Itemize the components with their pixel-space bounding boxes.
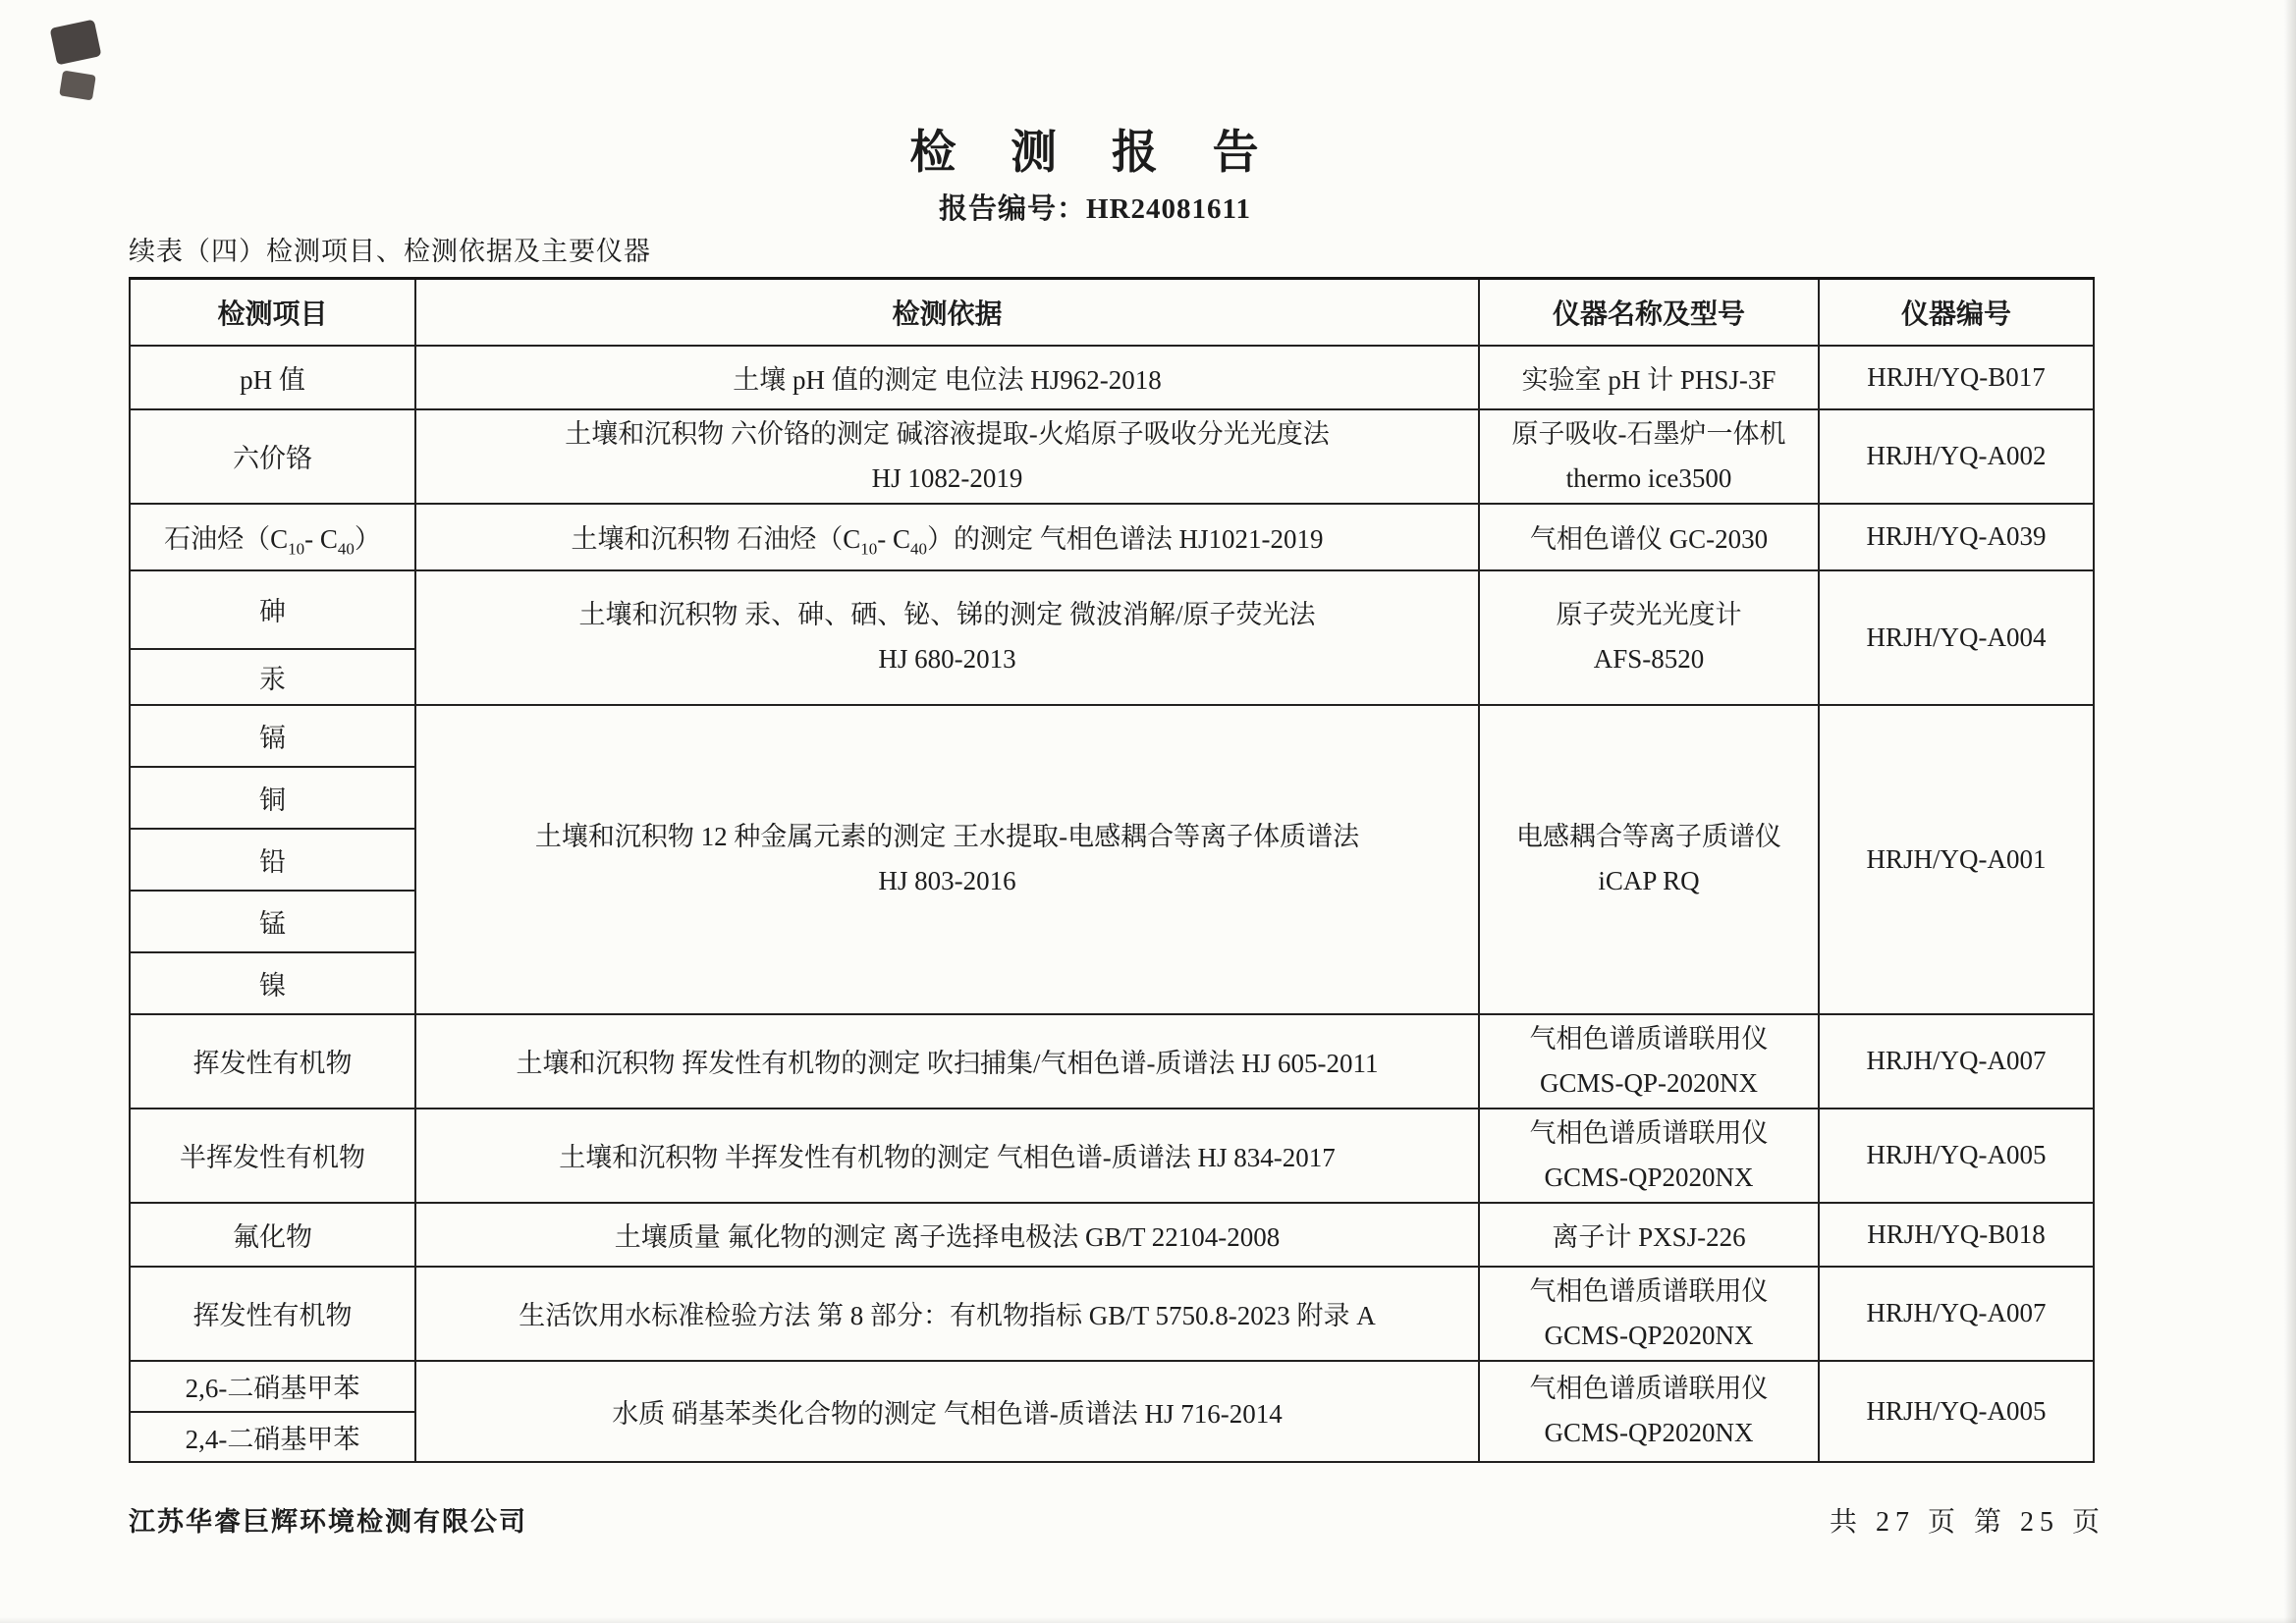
cell-item: 挥发性有机物: [130, 1014, 415, 1109]
report-number-value: HR24081611: [1086, 193, 1251, 225]
cell-instrument: 气相色谱质谱联用仪 GCMS-QP2020NX: [1479, 1109, 1819, 1203]
table-row: 挥发性有机物 土壤和沉积物 挥发性有机物的测定 吹扫捕集/气相色谱-质谱法 HJ…: [130, 1014, 2094, 1109]
cell-instrument: 原子吸收-石墨炉一体机 thermo ice3500: [1479, 409, 1819, 504]
instrument-line-2: GCMS-QP2020NX: [1490, 1156, 1808, 1200]
cell-item: 镍: [130, 952, 415, 1014]
table-row: 2,6-二硝基甲苯 水质 硝基苯类化合物的测定 气相色谱-质谱法 HJ 716-…: [130, 1361, 2094, 1412]
cell-instrument: 离子计 PXSJ-226: [1479, 1203, 1819, 1267]
cell-instrument: 原子荧光光度计 AFS-8520: [1479, 570, 1819, 705]
column-header-code: 仪器编号: [1819, 279, 2094, 346]
cell-item: 挥发性有机物: [130, 1267, 415, 1361]
cell-code: HRJH/YQ-B018: [1819, 1203, 2094, 1267]
cell-basis: 土壤和沉积物 六价铬的测定 碱溶液提取-火焰原子吸收分光光度法 HJ 1082-…: [415, 409, 1479, 504]
table-caption: 续表（四）检测项目、检测依据及主要仪器: [129, 230, 651, 268]
scan-edge-shadow: [0, 1617, 2296, 1623]
table-row: pH 值 土壤 pH 值的测定 电位法 HJ962-2018 实验室 pH 计 …: [130, 346, 2094, 409]
basis-line-1: 土壤和沉积物 六价铬的测定 碱溶液提取-火焰原子吸收分光光度法: [426, 412, 1468, 457]
scan-edge-shadow: [2284, 0, 2296, 1623]
instrument-line-1: 气相色谱质谱联用仪: [1490, 1111, 1808, 1156]
cell-basis: 土壤和沉积物 挥发性有机物的测定 吹扫捕集/气相色谱-质谱法 HJ 605-20…: [415, 1014, 1479, 1109]
basis-line-2: HJ 680-2013: [426, 637, 1468, 681]
table-row: 六价铬 土壤和沉积物 六价铬的测定 碱溶液提取-火焰原子吸收分光光度法 HJ 1…: [130, 409, 2094, 504]
basis-line-2: HJ 1082-2019: [426, 457, 1468, 501]
basis-line-2: HJ 803-2016: [426, 859, 1468, 903]
instrument-line-1: 气相色谱质谱联用仪: [1490, 1367, 1808, 1411]
cell-code: HRJH/YQ-A039: [1819, 504, 2094, 570]
cell-code: HRJH/YQ-A005: [1819, 1109, 2094, 1203]
column-header-basis: 检测依据: [415, 279, 1479, 346]
cell-item: 铅: [130, 829, 415, 891]
instrument-line-2: iCAP RQ: [1490, 859, 1808, 903]
column-header-instrument: 仪器名称及型号: [1479, 279, 1819, 346]
column-header-item: 检测项目: [130, 279, 415, 346]
cell-item: 石油烃（C10- C40）: [130, 504, 415, 570]
cell-code: HRJH/YQ-A001: [1819, 705, 2094, 1014]
cell-instrument: 实验室 pH 计 PHSJ-3F: [1479, 346, 1819, 409]
cell-code: HRJH/YQ-A007: [1819, 1267, 2094, 1361]
cell-item: 汞: [130, 649, 415, 705]
table-row: 半挥发性有机物 土壤和沉积物 半挥发性有机物的测定 气相色谱-质谱法 HJ 83…: [130, 1109, 2094, 1203]
table-row: 砷 土壤和沉积物 汞、砷、硒、铋、锑的测定 微波消解/原子荧光法 HJ 680-…: [130, 570, 2094, 649]
instrument-line-1: 电感耦合等离子质谱仪: [1490, 815, 1808, 859]
cell-basis: 土壤和沉积物 12 种金属元素的测定 王水提取-电感耦合等离子体质谱法 HJ 8…: [415, 705, 1479, 1014]
cell-code: HRJH/YQ-A002: [1819, 409, 2094, 504]
cell-instrument: 气相色谱质谱联用仪 GCMS-QP-2020NX: [1479, 1014, 1819, 1109]
footer-page-indicator: 共 27 页 第 25 页: [1830, 1500, 2105, 1540]
cell-instrument: 气相色谱质谱联用仪 GCMS-QP2020NX: [1479, 1361, 1819, 1462]
cell-instrument: 气相色谱质谱联用仪 GCMS-QP2020NX: [1479, 1267, 1819, 1361]
cell-code: HRJH/YQ-A007: [1819, 1014, 2094, 1109]
cell-code: HRJH/YQ-A004: [1819, 570, 2094, 705]
report-number-line: 报告编号：HR24081611: [0, 187, 2190, 227]
cell-item: 半挥发性有机物: [130, 1109, 415, 1203]
table-row: 石油烃（C10- C40） 土壤和沉积物 石油烃（C10- C40）的测定 气相…: [130, 504, 2094, 570]
cell-instrument: 气相色谱仪 GC-2030: [1479, 504, 1819, 570]
table-row: 氟化物 土壤质量 氟化物的测定 离子选择电极法 GB/T 22104-2008 …: [130, 1203, 2094, 1267]
instrument-line-2: GCMS-QP-2020NX: [1490, 1061, 1808, 1106]
basis-line-1: 土壤和沉积物 汞、砷、硒、铋、锑的测定 微波消解/原子荧光法: [426, 593, 1468, 637]
basis-line-1: 土壤和沉积物 12 种金属元素的测定 王水提取-电感耦合等离子体质谱法: [426, 815, 1468, 859]
scan-artifact: [59, 71, 96, 101]
instrument-line-1: 气相色谱质谱联用仪: [1490, 1270, 1808, 1314]
cell-basis: 土壤和沉积物 石油烃（C10- C40）的测定 气相色谱法 HJ1021-201…: [415, 504, 1479, 570]
cell-basis: 土壤和沉积物 汞、砷、硒、铋、锑的测定 微波消解/原子荧光法 HJ 680-20…: [415, 570, 1479, 705]
footer-company-name: 江苏华睿巨辉环境检测有限公司: [129, 1500, 527, 1539]
cell-basis: 土壤 pH 值的测定 电位法 HJ962-2018: [415, 346, 1479, 409]
table-row: 镉 土壤和沉积物 12 种金属元素的测定 王水提取-电感耦合等离子体质谱法 HJ…: [130, 705, 2094, 767]
cell-basis: 土壤质量 氟化物的测定 离子选择电极法 GB/T 22104-2008: [415, 1203, 1479, 1267]
cell-code: HRJH/YQ-B017: [1819, 346, 2094, 409]
cell-item: 锰: [130, 891, 415, 952]
cell-item: pH 值: [130, 346, 415, 409]
instrument-line-2: GCMS-QP2020NX: [1490, 1314, 1808, 1358]
table-header-row: 检测项目 检测依据 仪器名称及型号 仪器编号: [130, 279, 2094, 346]
table-row: 挥发性有机物 生活饮用水标准检验方法 第 8 部分：有机物指标 GB/T 575…: [130, 1267, 2094, 1361]
cell-item: 铜: [130, 767, 415, 829]
instrument-line-1: 原子吸收-石墨炉一体机: [1490, 412, 1808, 457]
test-items-table: 检测项目 检测依据 仪器名称及型号 仪器编号 pH 值 土壤 pH 值的测定 电…: [129, 277, 2095, 1463]
cell-basis: 土壤和沉积物 半挥发性有机物的测定 气相色谱-质谱法 HJ 834-2017: [415, 1109, 1479, 1203]
instrument-line-2: thermo ice3500: [1490, 457, 1808, 501]
cell-item: 2,4-二硝基甲苯: [130, 1412, 415, 1462]
cell-item: 2,6-二硝基甲苯: [130, 1361, 415, 1412]
instrument-line-1: 原子荧光光度计: [1490, 593, 1808, 637]
cell-item: 六价铬: [130, 409, 415, 504]
scanned-report-page: 检 测 报 告 报告编号：HR24081611 续表（四）检测项目、检测依据及主…: [0, 0, 2296, 1623]
instrument-line-2: AFS-8520: [1490, 637, 1808, 681]
cell-item: 砷: [130, 570, 415, 649]
instrument-line-1: 气相色谱质谱联用仪: [1490, 1017, 1808, 1061]
cell-item: 镉: [130, 705, 415, 767]
report-number-label: 报告编号：: [939, 193, 1086, 225]
scan-artifact: [50, 20, 102, 66]
cell-item: 氟化物: [130, 1203, 415, 1267]
cell-basis: 水质 硝基苯类化合物的测定 气相色谱-质谱法 HJ 716-2014: [415, 1361, 1479, 1462]
instrument-line-2: GCMS-QP2020NX: [1490, 1411, 1808, 1455]
page-title: 检 测 报 告: [0, 116, 2190, 182]
cell-instrument: 电感耦合等离子质谱仪 iCAP RQ: [1479, 705, 1819, 1014]
cell-code: HRJH/YQ-A005: [1819, 1361, 2094, 1462]
cell-basis: 生活饮用水标准检验方法 第 8 部分：有机物指标 GB/T 5750.8-202…: [415, 1267, 1479, 1361]
